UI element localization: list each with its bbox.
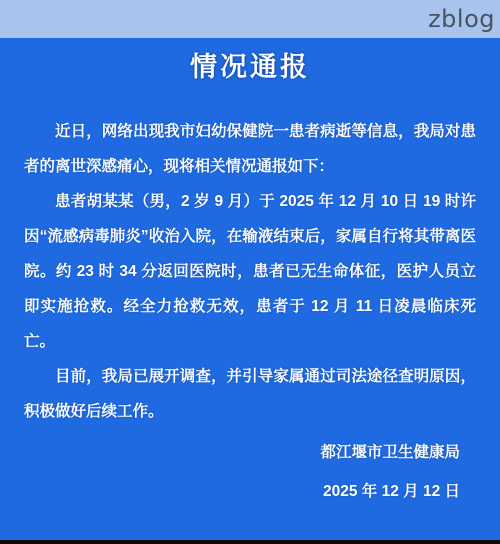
notice-page: zblog 情况通报 近日，网络出现我市妇幼保健院一患者病逝等信息，我局对患者的… <box>0 0 500 544</box>
watermark-zblog: zblog <box>428 7 495 31</box>
notice-title: 情况通报 <box>0 45 500 84</box>
notice-date: 2025 年 12 月 12 日 <box>320 477 460 507</box>
issuing-authority: 都江堰市卫生健康局 <box>320 438 460 468</box>
notice-body: 情况通报 近日，网络出现我市妇幼保健院一患者病逝等信息，我局对患者的离世深感痛心… <box>0 45 500 429</box>
notice-paragraph-intro: 近日，网络出现我市妇幼保健院一患者病逝等信息，我局对患者的离世深感痛心，现将相关… <box>0 114 500 184</box>
signature-block: 都江堰市卫生健康局 2025 年 12 月 12 日 <box>320 438 460 507</box>
header-strip: zblog <box>0 0 500 38</box>
notice-paragraph-followup: 目前，我局已展开调查，并引导家属通过司法途径查明原因，积极做好后续工作。 <box>0 359 500 429</box>
notice-paragraph-details: 患者胡某某（男，2 岁 9 月）于 2025 年 12 月 10 日 19 时许… <box>0 184 500 359</box>
bottom-edge-bar <box>0 540 500 544</box>
